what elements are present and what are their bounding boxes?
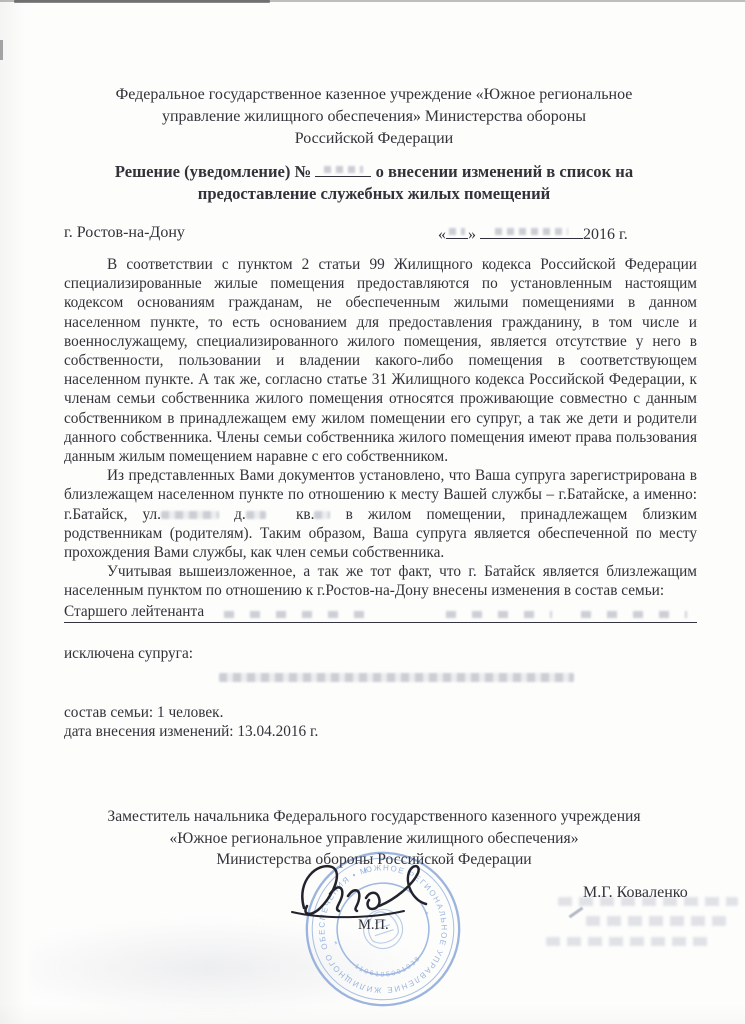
signer-position-line-2: «Южное региональное управление жилищного… <box>64 828 684 850</box>
handwriting-smudge <box>581 611 687 618</box>
document-body: В соответствии с пунктом 2 статьи 99 Жил… <box>64 255 697 742</box>
bleed-through-mark <box>569 907 584 919</box>
paragraph-legal-basis: В соответствии с пунктом 2 статьи 99 Жил… <box>64 255 697 466</box>
scanned-document-page: Федеральное государственное казенное учр… <box>0 0 745 1024</box>
family-summary: состав семьи: 1 человек. дата внесения и… <box>64 703 697 742</box>
title-number-blank <box>315 162 371 177</box>
redacted-street <box>161 511 219 519</box>
title-line2: предоставление служебных жилых помещений <box>198 184 550 203</box>
paragraph-conclusion: Учитывая вышеизложенное, а так же тот фа… <box>64 562 697 600</box>
bleed-through-text-2 <box>586 916 726 926</box>
findings-text-3: кв. <box>296 506 314 523</box>
date-open-quote: « <box>438 226 446 243</box>
excluded-spouse-label: исключена супруга: <box>64 644 697 663</box>
title-number-prefix: Решение (уведомление) № <box>115 162 311 181</box>
org-header-line-1: Федеральное государственное казенное учр… <box>64 84 684 106</box>
redacted-house <box>246 511 266 519</box>
date-year: 2016 г. <box>583 226 628 243</box>
handwritten-signature <box>282 858 438 922</box>
date-close-quote: » <box>468 226 476 243</box>
dateline-date: «» 2016 г. <box>438 224 628 244</box>
findings-text-2: д. <box>234 506 246 523</box>
org-header: Федеральное государственное казенное учр… <box>64 84 684 150</box>
scan-edge-artifact-left <box>0 40 3 60</box>
dateline-city: г. Ростов-на-Дону <box>64 224 185 242</box>
family-size-line: состав семьи: 1 человек. <box>64 703 697 723</box>
scan-edge-artifact-dark <box>14 0 270 3</box>
date-month-blank <box>480 224 583 239</box>
handwriting-smudge <box>446 611 552 618</box>
rank-label: Старшего лейтенанта <box>64 602 204 621</box>
org-header-line-3: Российской Федерации <box>64 128 684 150</box>
paragraph-findings: Из представленных Вами документов устано… <box>64 466 697 562</box>
rank-underlined-line: Старшего лейтенанта <box>64 602 697 623</box>
change-date-line: дата внесения изменений: 13.04.2016 г. <box>64 722 697 742</box>
handwriting-smudge <box>449 228 464 235</box>
redacted-apartment <box>314 511 330 519</box>
document-title: Решение (уведомление) № о внесении измен… <box>64 161 684 205</box>
org-header-line-2: управление жилищного обеспечения» Минист… <box>64 106 684 128</box>
handwriting-smudge <box>495 228 567 235</box>
redacted-spouse-name <box>219 673 574 682</box>
handwriting-smudge <box>324 166 363 173</box>
title-line1-rest: о внесении изменений в список на <box>376 162 634 181</box>
bleed-through-text-3 <box>546 937 712 946</box>
date-day-blank <box>446 224 468 239</box>
signer-name: М.Г. Коваленко <box>583 884 688 902</box>
signer-position-line-1: Заместитель начальника Федерального госу… <box>64 806 684 828</box>
excluded-spouse-redacted <box>64 671 697 683</box>
handwriting-smudge <box>224 611 369 618</box>
